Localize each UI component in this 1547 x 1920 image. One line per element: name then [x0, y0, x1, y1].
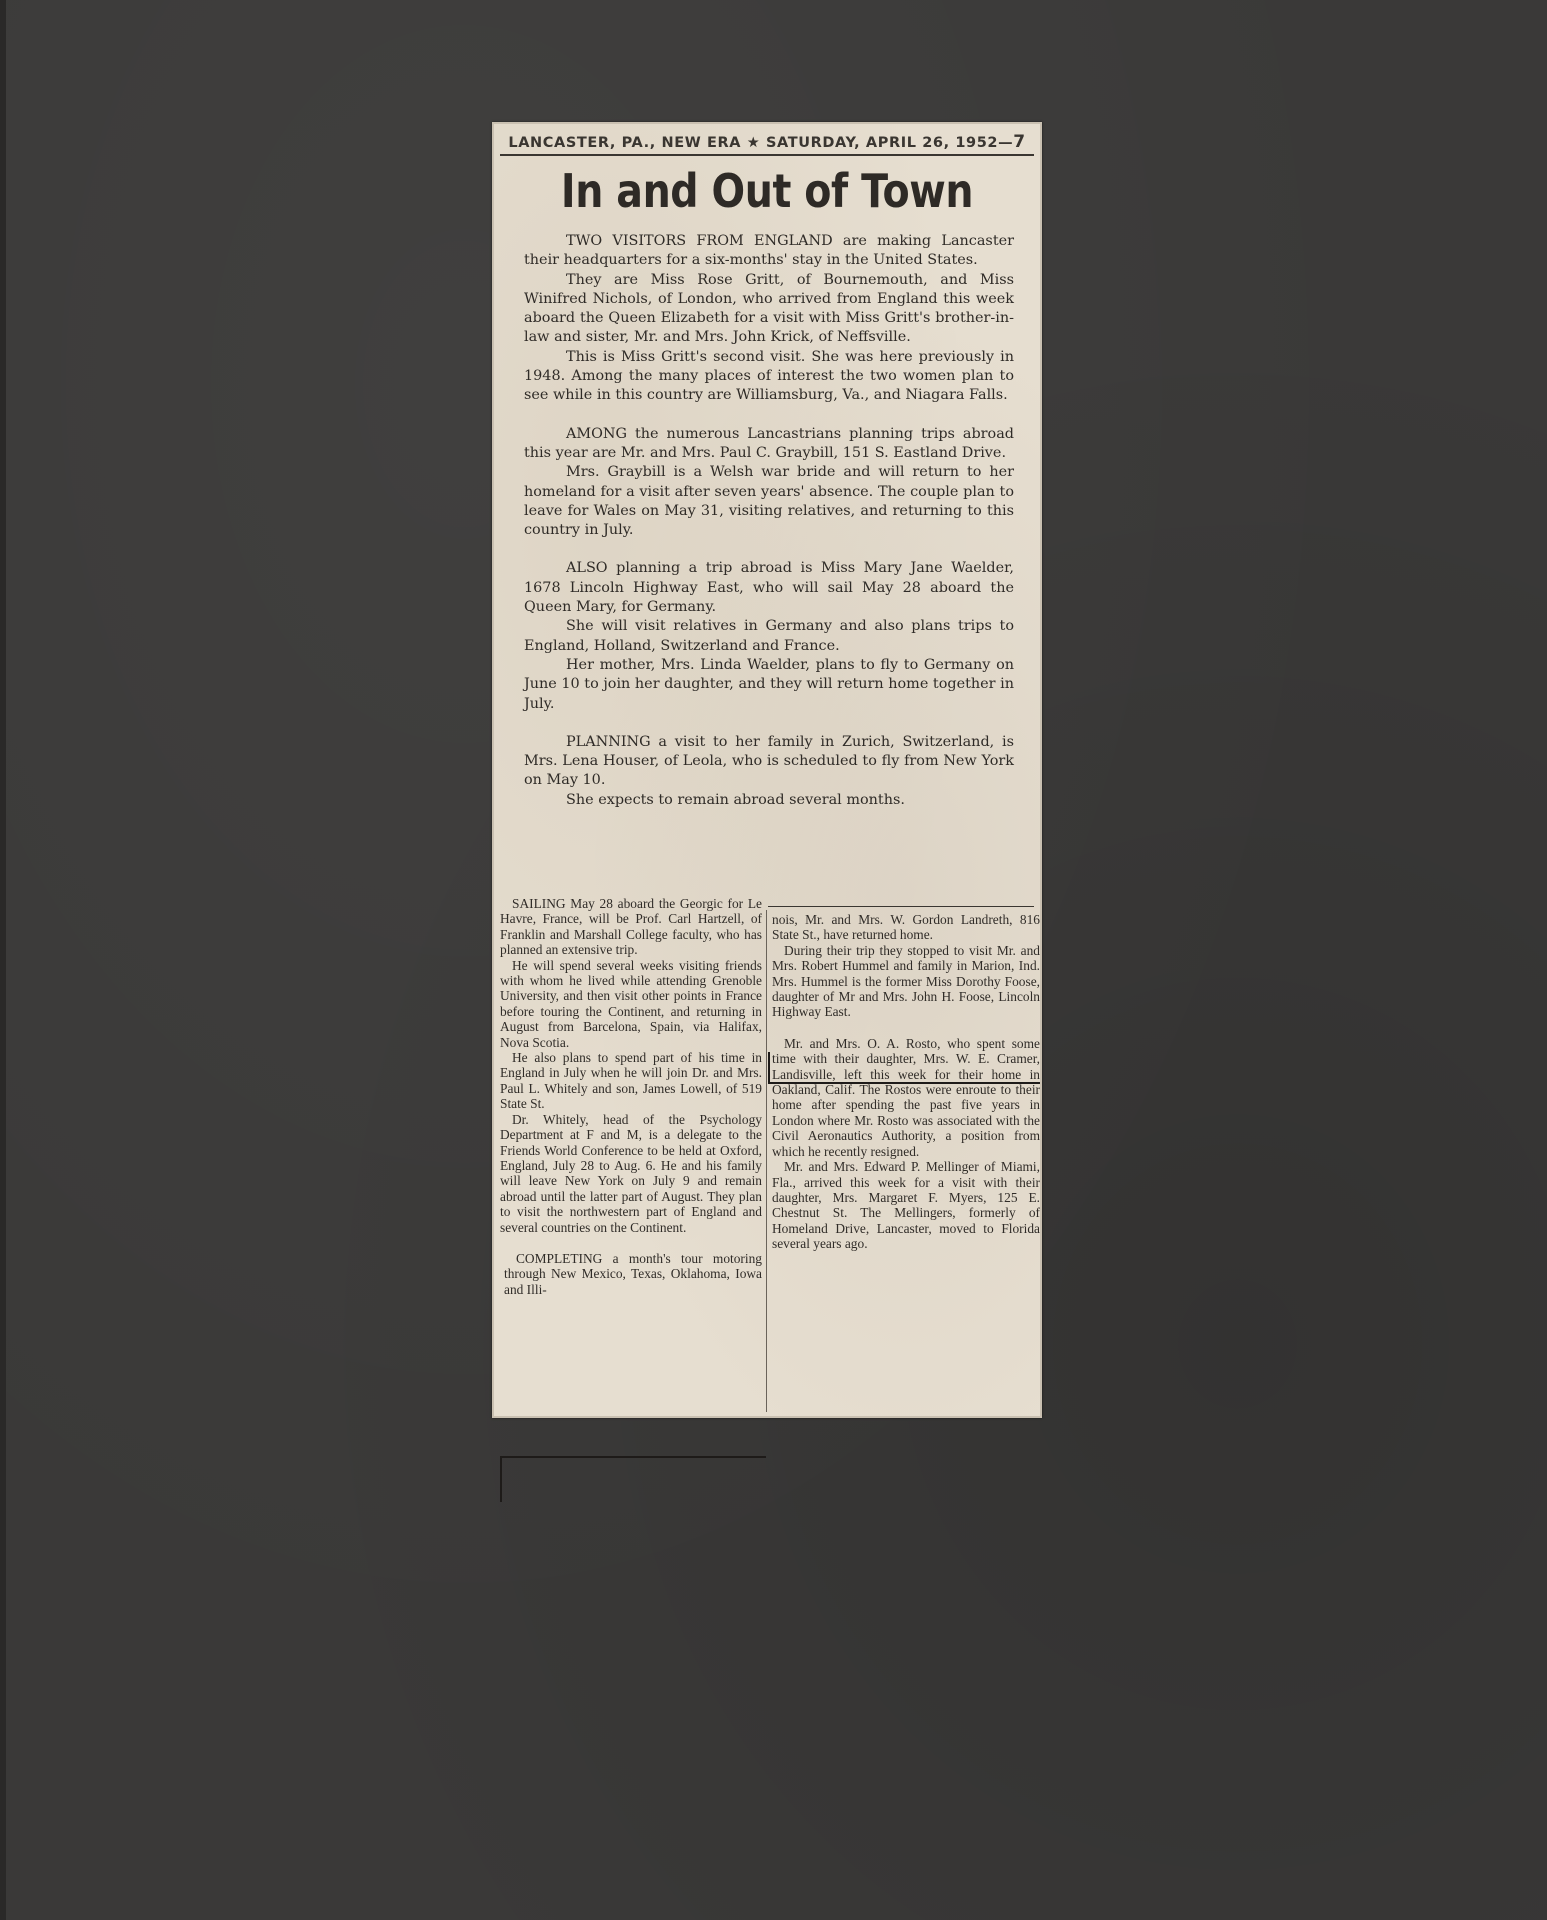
right-column: nois, Mr. and Mrs. W. Gordon Landreth, 8…	[772, 896, 1040, 1412]
box-rule	[500, 1456, 766, 1458]
lead-paragraph: They are Miss Rose Gritt, of Bournemouth…	[524, 271, 1014, 348]
column-paragraph: SAILING May 28 aboard the Georgic for Le…	[500, 896, 762, 958]
column-paragraph: He also plans to spend part of his time …	[500, 1050, 762, 1112]
column-paragraph: During their trip they stopped to visit …	[772, 943, 1040, 1020]
lead-paragraph: Mrs. Graybill is a Welsh war bride and w…	[524, 463, 1014, 540]
lead-paragraph: PLANNING a visit to her family in Zurich…	[524, 733, 1014, 791]
box-rule	[768, 1082, 1040, 1084]
newspaper-clipping: LANCASTER, PA., NEW ERA ★ SATURDAY, APRI…	[492, 122, 1042, 1418]
lead-paragraph: ALSO planning a trip abroad is Miss Mary…	[524, 559, 1014, 617]
column-paragraph: Mr. and Mrs. Edward P. Mellinger of Miam…	[772, 1159, 1040, 1251]
page-separator: —	[998, 135, 1013, 151]
box-rule	[500, 1456, 502, 1502]
column-paragraph: Mr. and Mrs. O. A. Rosto, who spent some…	[772, 1036, 1040, 1159]
lead-paragraph: TWO VISITORS FROM ENGLAND are making Lan…	[524, 232, 1014, 271]
publication-date: SATURDAY, APRIL 26, 1952	[766, 135, 998, 151]
masthead: LANCASTER, PA., NEW ERA ★ SATURDAY, APRI…	[500, 130, 1034, 156]
column-paragraph: Dr. Whitely, head of the Psychology Depa…	[500, 1112, 762, 1235]
left-column: SAILING May 28 aboard the Georgic for Le…	[500, 896, 762, 1412]
lead-paragraph: This is Miss Gritt's second visit. She w…	[524, 348, 1014, 406]
column-paragraph: COMPLETING a month's tour motoring throu…	[500, 1251, 762, 1297]
column-paragraph: He will spend several weeks visiting fri…	[500, 958, 762, 1050]
star-icon: ★	[747, 135, 761, 151]
article-headline: In and Out of Town	[532, 164, 1002, 218]
scrapbook-page-edge	[0, 0, 6, 1920]
lead-paragraph: She expects to remain abroad several mon…	[524, 791, 1014, 810]
lead-paragraph: She will visit relatives in Germany and …	[524, 617, 1014, 656]
lead-paragraph: AMONG the numerous Lancastrians planning…	[524, 425, 1014, 464]
column-divider	[766, 910, 767, 1412]
page-number: 7	[1013, 132, 1025, 152]
two-column-section: SAILING May 28 aboard the Georgic for Le…	[500, 896, 1034, 1412]
column-paragraph: nois, Mr. and Mrs. W. Gordon Landreth, 8…	[772, 912, 1040, 943]
publication-name: LANCASTER, PA., NEW ERA	[508, 135, 741, 151]
box-rule	[768, 1052, 770, 1084]
lead-paragraph: Her mother, Mrs. Linda Waelder, plans to…	[524, 656, 1014, 714]
lead-section: TWO VISITORS FROM ENGLAND are making Lan…	[524, 232, 1014, 810]
